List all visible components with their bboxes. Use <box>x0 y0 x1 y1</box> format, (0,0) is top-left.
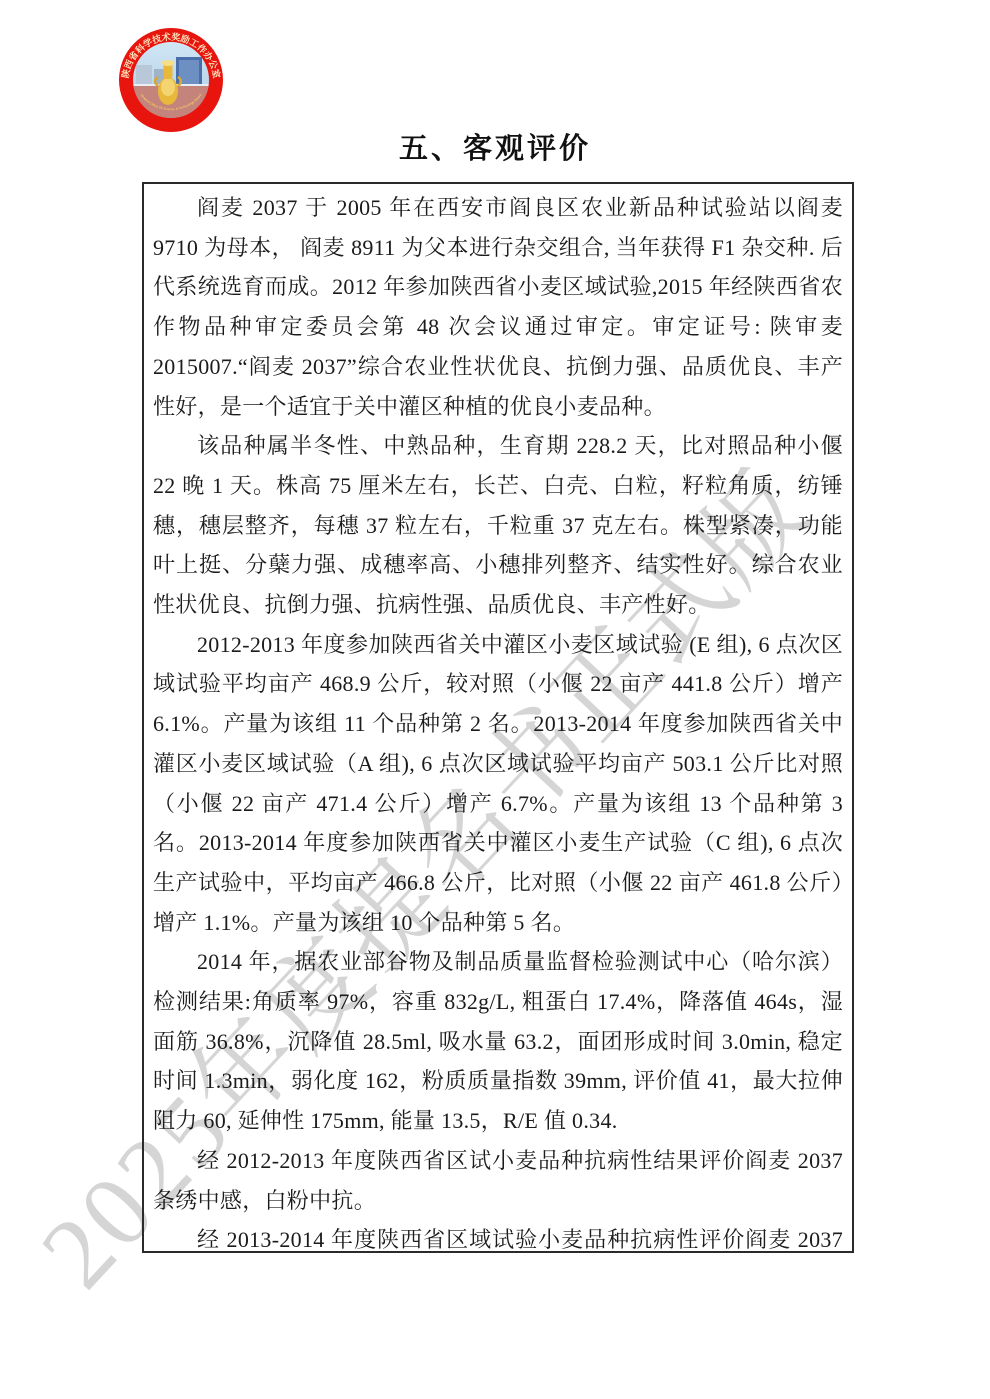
paragraph: 阎麦 2037 于 2005 年在西安市阎良区农业新品种试验站以阎麦 9710 … <box>153 188 843 426</box>
seal-photo <box>133 42 209 118</box>
page-title: 五、客观评价 <box>0 126 990 167</box>
paragraph: 经 2013-2014 年度陕西省区域试验小麦品种抗病性评价阎麦 2037 中抗… <box>153 1220 843 1253</box>
document-body: 阎麦 2037 于 2005 年在西安市阎良区农业新品种试验站以阎麦 9710 … <box>144 184 852 1253</box>
page-container: 陕西省科学技术奖励工作办公室 Shaanxi Office Of Science… <box>0 0 990 1399</box>
seal-graphic: 陕西省科学技术奖励工作办公室 Shaanxi Office Of Science… <box>118 27 224 133</box>
paragraph: 2014 年，据农业部谷物及制品质量监督检验测试中心（哈尔滨）检测结果:角质率 … <box>153 942 843 1141</box>
content-box: 阎麦 2037 于 2005 年在西安市阎良区农业新品种试验站以阎麦 9710 … <box>142 182 854 1253</box>
paragraph: 该品种属半冬性、中熟品种，生育期 228.2 天，比对照品种小偃 22 晚 1 … <box>153 426 843 625</box>
paragraph: 2012-2013 年度参加陕西省关中灌区小麦区域试验 (E 组), 6 点次区… <box>153 625 843 943</box>
paragraph: 经 2012-2013 年度陕西省区试小麦品种抗病性结果评价阎麦 2037 条绣… <box>153 1141 843 1220</box>
award-office-seal: 陕西省科学技术奖励工作办公室 Shaanxi Office Of Science… <box>118 27 224 133</box>
